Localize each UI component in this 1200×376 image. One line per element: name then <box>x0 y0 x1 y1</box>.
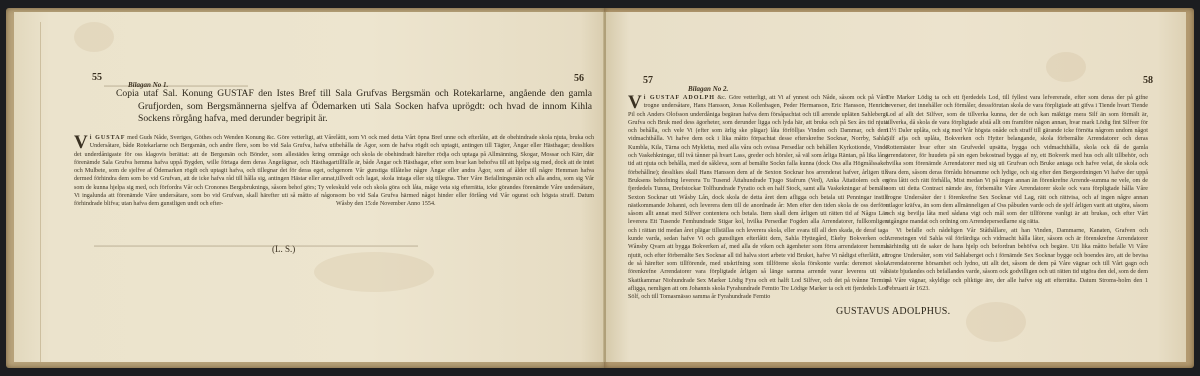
paper-stain <box>314 252 434 292</box>
page-number: 57 <box>643 75 653 86</box>
page-number: 55 <box>92 72 102 83</box>
body-text: Tre Marker Lödig ta och ett fjerdedels L… <box>886 94 1148 227</box>
paper-stain <box>1046 52 1086 82</box>
open-book: ▬▬▬▬▬▬▬▬▬▬▬▬▬▬▬▬▬▬▬▬▬▬▬▬ ▬▬▬▬▬▬▬▬▬▬▬▬▬▬▬… <box>6 6 1194 368</box>
body-text: &c. Göre vetterligt, att Vi af ynnest oc… <box>628 95 888 300</box>
page-number: 56 <box>574 73 584 84</box>
body-column-2: Tre Marker Lödig ta och ett fjerdedels L… <box>886 94 1148 293</box>
bleed-through-text: ▬▬▬▬▬▬▬▬▬▬▬▬▬▬▬▬▬▬▬▬▬▬▬▬▬▬▬▬▬▬▬▬▬▬▬▬▬▬▬▬… <box>94 242 574 250</box>
body-column-2: låtit, som Vi ock med detta Vårt öpna Br… <box>336 134 594 209</box>
paper-stain <box>966 302 1026 342</box>
lead-text: i GUSTAF <box>90 135 126 141</box>
body-column-1: Vi GUSTAF ADOLPH &c. Göre vetterligt, at… <box>628 94 888 301</box>
appendix-label: Bilagan No 2. <box>688 85 728 93</box>
body-text: med Guds Nåde, Sveriges, Göthes och Wend… <box>74 135 336 207</box>
body-text: Vi befalle och nådeligen Vår Ståthållare… <box>886 227 1148 293</box>
heading-text: Copia utaf Sal. Konung GUSTAF den Istes … <box>116 88 592 126</box>
body-text: låtit, som Vi ock med detta Vårt öpna Br… <box>336 134 594 209</box>
page-number: 58 <box>1143 75 1153 86</box>
seal-mark: (L. S.) <box>272 244 295 254</box>
paper-stain <box>74 22 114 52</box>
body-column-1: Vi GUSTAF med Guds Nåde, Sveriges, Göthe… <box>74 134 336 209</box>
royal-signature: GUSTAVUS ADOLPHUS. <box>836 306 950 317</box>
page-edge-line <box>40 22 41 362</box>
drop-cap: V <box>628 95 642 110</box>
right-page: 57 58 Bilagan No 2. Vi GUSTAF ADOLPH &c.… <box>606 12 1186 362</box>
drop-cap: V <box>74 135 88 150</box>
left-page: ▬▬▬▬▬▬▬▬▬▬▬▬▬▬▬▬▬▬▬▬▬▬▬▬ ▬▬▬▬▬▬▬▬▬▬▬▬▬▬▬… <box>14 12 604 362</box>
document-heading: Copia utaf Sal. Konung GUSTAF den Istes … <box>116 88 592 126</box>
lead-text: i GUSTAF ADOLPH <box>644 95 715 101</box>
